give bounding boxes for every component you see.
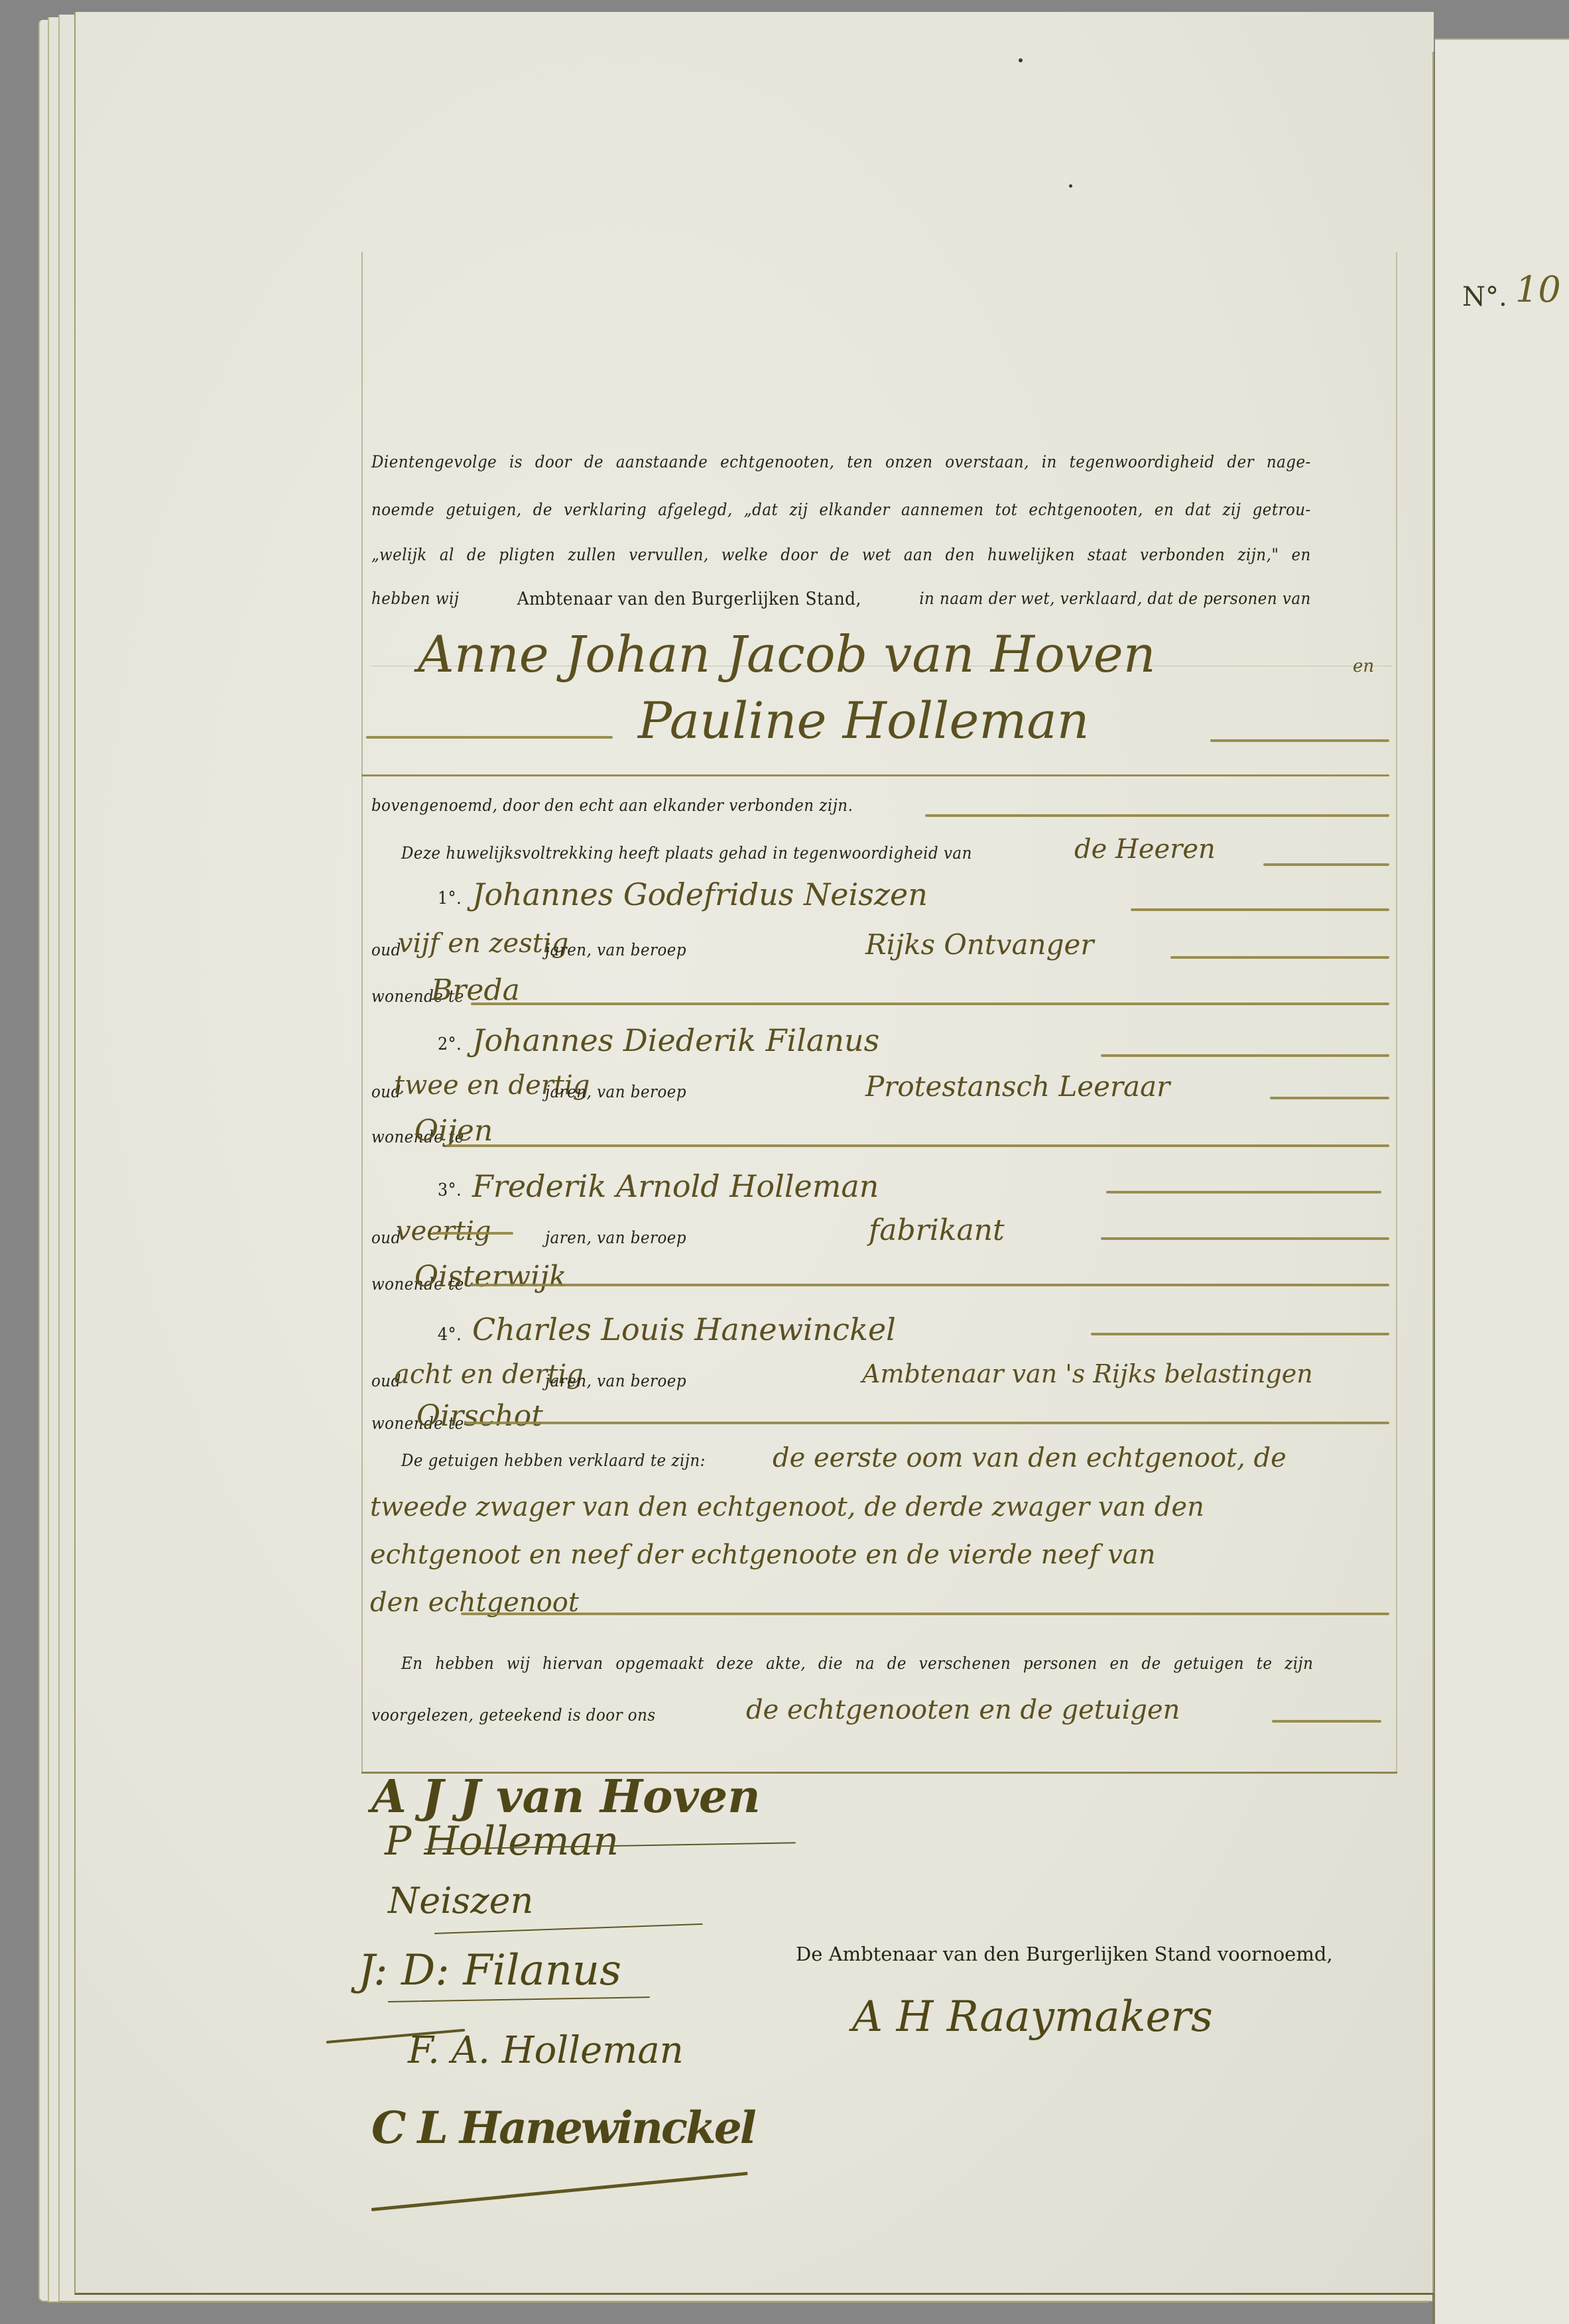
printed-line: „welijk al de pligten zullen vervullen, … <box>371 545 1311 564</box>
printed-line: noemde getuigen, de verklaring afgelegd,… <box>371 500 1311 519</box>
signature-groom: A J J van Hoven <box>371 1770 761 1823</box>
witness-name: Charles Louis Hanewinckel <box>472 1312 896 1347</box>
bride-name: Pauline Holleman <box>638 691 1090 750</box>
fill-rule <box>1106 1191 1381 1193</box>
fill-rule <box>1101 1054 1389 1057</box>
printed-label: jaren, van beroep <box>545 1371 686 1390</box>
witness-name: Johannes Godefridus Neiszen <box>472 877 928 912</box>
printed-text: in naam der wet, verklaard, dat de perso… <box>919 589 1311 609</box>
witness-name: Frederik Arnold Holleman <box>472 1168 879 1204</box>
witness-residence: Oirschot <box>416 1399 543 1433</box>
witness-occupation: Protestansch Leeraar <box>865 1070 1170 1103</box>
printed-line: bovengenoemd, door den echt aan elkander… <box>371 796 1311 815</box>
printed-label: jaren, van beroep <box>545 1082 686 1101</box>
witness-occupation: Ambtenaar van 's Rijks belastingen <box>862 1359 1313 1388</box>
fill-rule <box>1091 1333 1389 1335</box>
fill-rule <box>925 814 1389 817</box>
fill-rule <box>366 736 613 739</box>
signature-official: A H Raaymakers <box>852 1992 1213 2042</box>
witness-residence: Oijen <box>414 1114 493 1148</box>
printed-label: wonende te <box>371 1127 1311 1146</box>
signed-by: de echtgenooten en de getuigen <box>746 1695 1180 1725</box>
signature-witness2: J: D: Filanus <box>358 1946 621 1995</box>
witness-residence: Oisterwijk <box>414 1260 567 1294</box>
official-caption: De Ambtenaar van den Burgerlijken Stand … <box>796 1943 1333 1965</box>
relations-line: de eerste oom van den echtgenoot, de <box>773 1443 1287 1473</box>
witness-age: vijf en zestig <box>398 928 568 959</box>
printed-label: jaren, van beroep <box>545 1228 686 1247</box>
fill-rule <box>471 1284 1389 1286</box>
signature-witness4: C L Hanewinckel <box>371 2102 755 2154</box>
fill-rule <box>461 1613 1389 1615</box>
printed-line: hebben wij Ambtenaar van den Burgerlijke… <box>371 589 1311 609</box>
form-frame-right <box>1396 252 1397 1774</box>
fill-rule <box>1272 1720 1381 1723</box>
fill-rule <box>432 1232 513 1235</box>
signature-witness1: Neiszen <box>388 1880 533 1922</box>
spouses-connector: en <box>1353 656 1374 676</box>
printed-line: Dientengevolge is door de aanstaande ech… <box>371 452 1311 471</box>
groom-name: Anne Johan Jacob van Hoven <box>418 625 1156 684</box>
fill-rule <box>1101 1237 1389 1240</box>
fill-rule <box>1210 739 1389 742</box>
signature-witness3: F. A. Holleman <box>408 2029 684 2072</box>
witness-occupation: Rijks Ontvanger <box>865 928 1094 961</box>
fill-rule <box>1270 1097 1389 1099</box>
presence-fill: de Heeren <box>1074 834 1216 865</box>
signature-bride: P Holleman <box>385 1818 619 1865</box>
relations-line: tweede zwager van den echtgenoot, de der… <box>370 1492 1204 1522</box>
witness-name: Johannes Diederik Filanus <box>472 1022 879 1058</box>
record-number-label: N°. <box>1462 282 1507 312</box>
fill-rule <box>446 1144 1389 1147</box>
printed-line: En hebben wij hiervan opgemaakt deze akt… <box>401 1654 1313 1673</box>
fill-rule <box>1263 863 1389 866</box>
ink-speck <box>1069 184 1072 188</box>
record-number-value: 10 <box>1515 269 1561 310</box>
printed-text: hebben wij <box>371 589 459 609</box>
witness-occupation: fabrikant <box>869 1213 1005 1247</box>
fill-rule <box>1170 956 1389 959</box>
fill-rule <box>361 774 1389 776</box>
facing-page <box>1435 38 1569 2324</box>
form-frame-left <box>361 252 363 1774</box>
fill-rule <box>464 1422 1389 1424</box>
printed-text: Ambtenaar van den Burgerlijken Stand, <box>517 589 861 609</box>
fill-rule <box>1131 908 1389 911</box>
book-gutter <box>1432 52 1435 2324</box>
fill-rule <box>471 1003 1389 1005</box>
witness-age: veertig <box>396 1216 491 1247</box>
relations-line: echtgenoot en neef der echtgenoote en de… <box>370 1540 1156 1570</box>
ink-speck <box>1019 58 1023 62</box>
printed-label: jaren, van beroep <box>545 940 686 959</box>
